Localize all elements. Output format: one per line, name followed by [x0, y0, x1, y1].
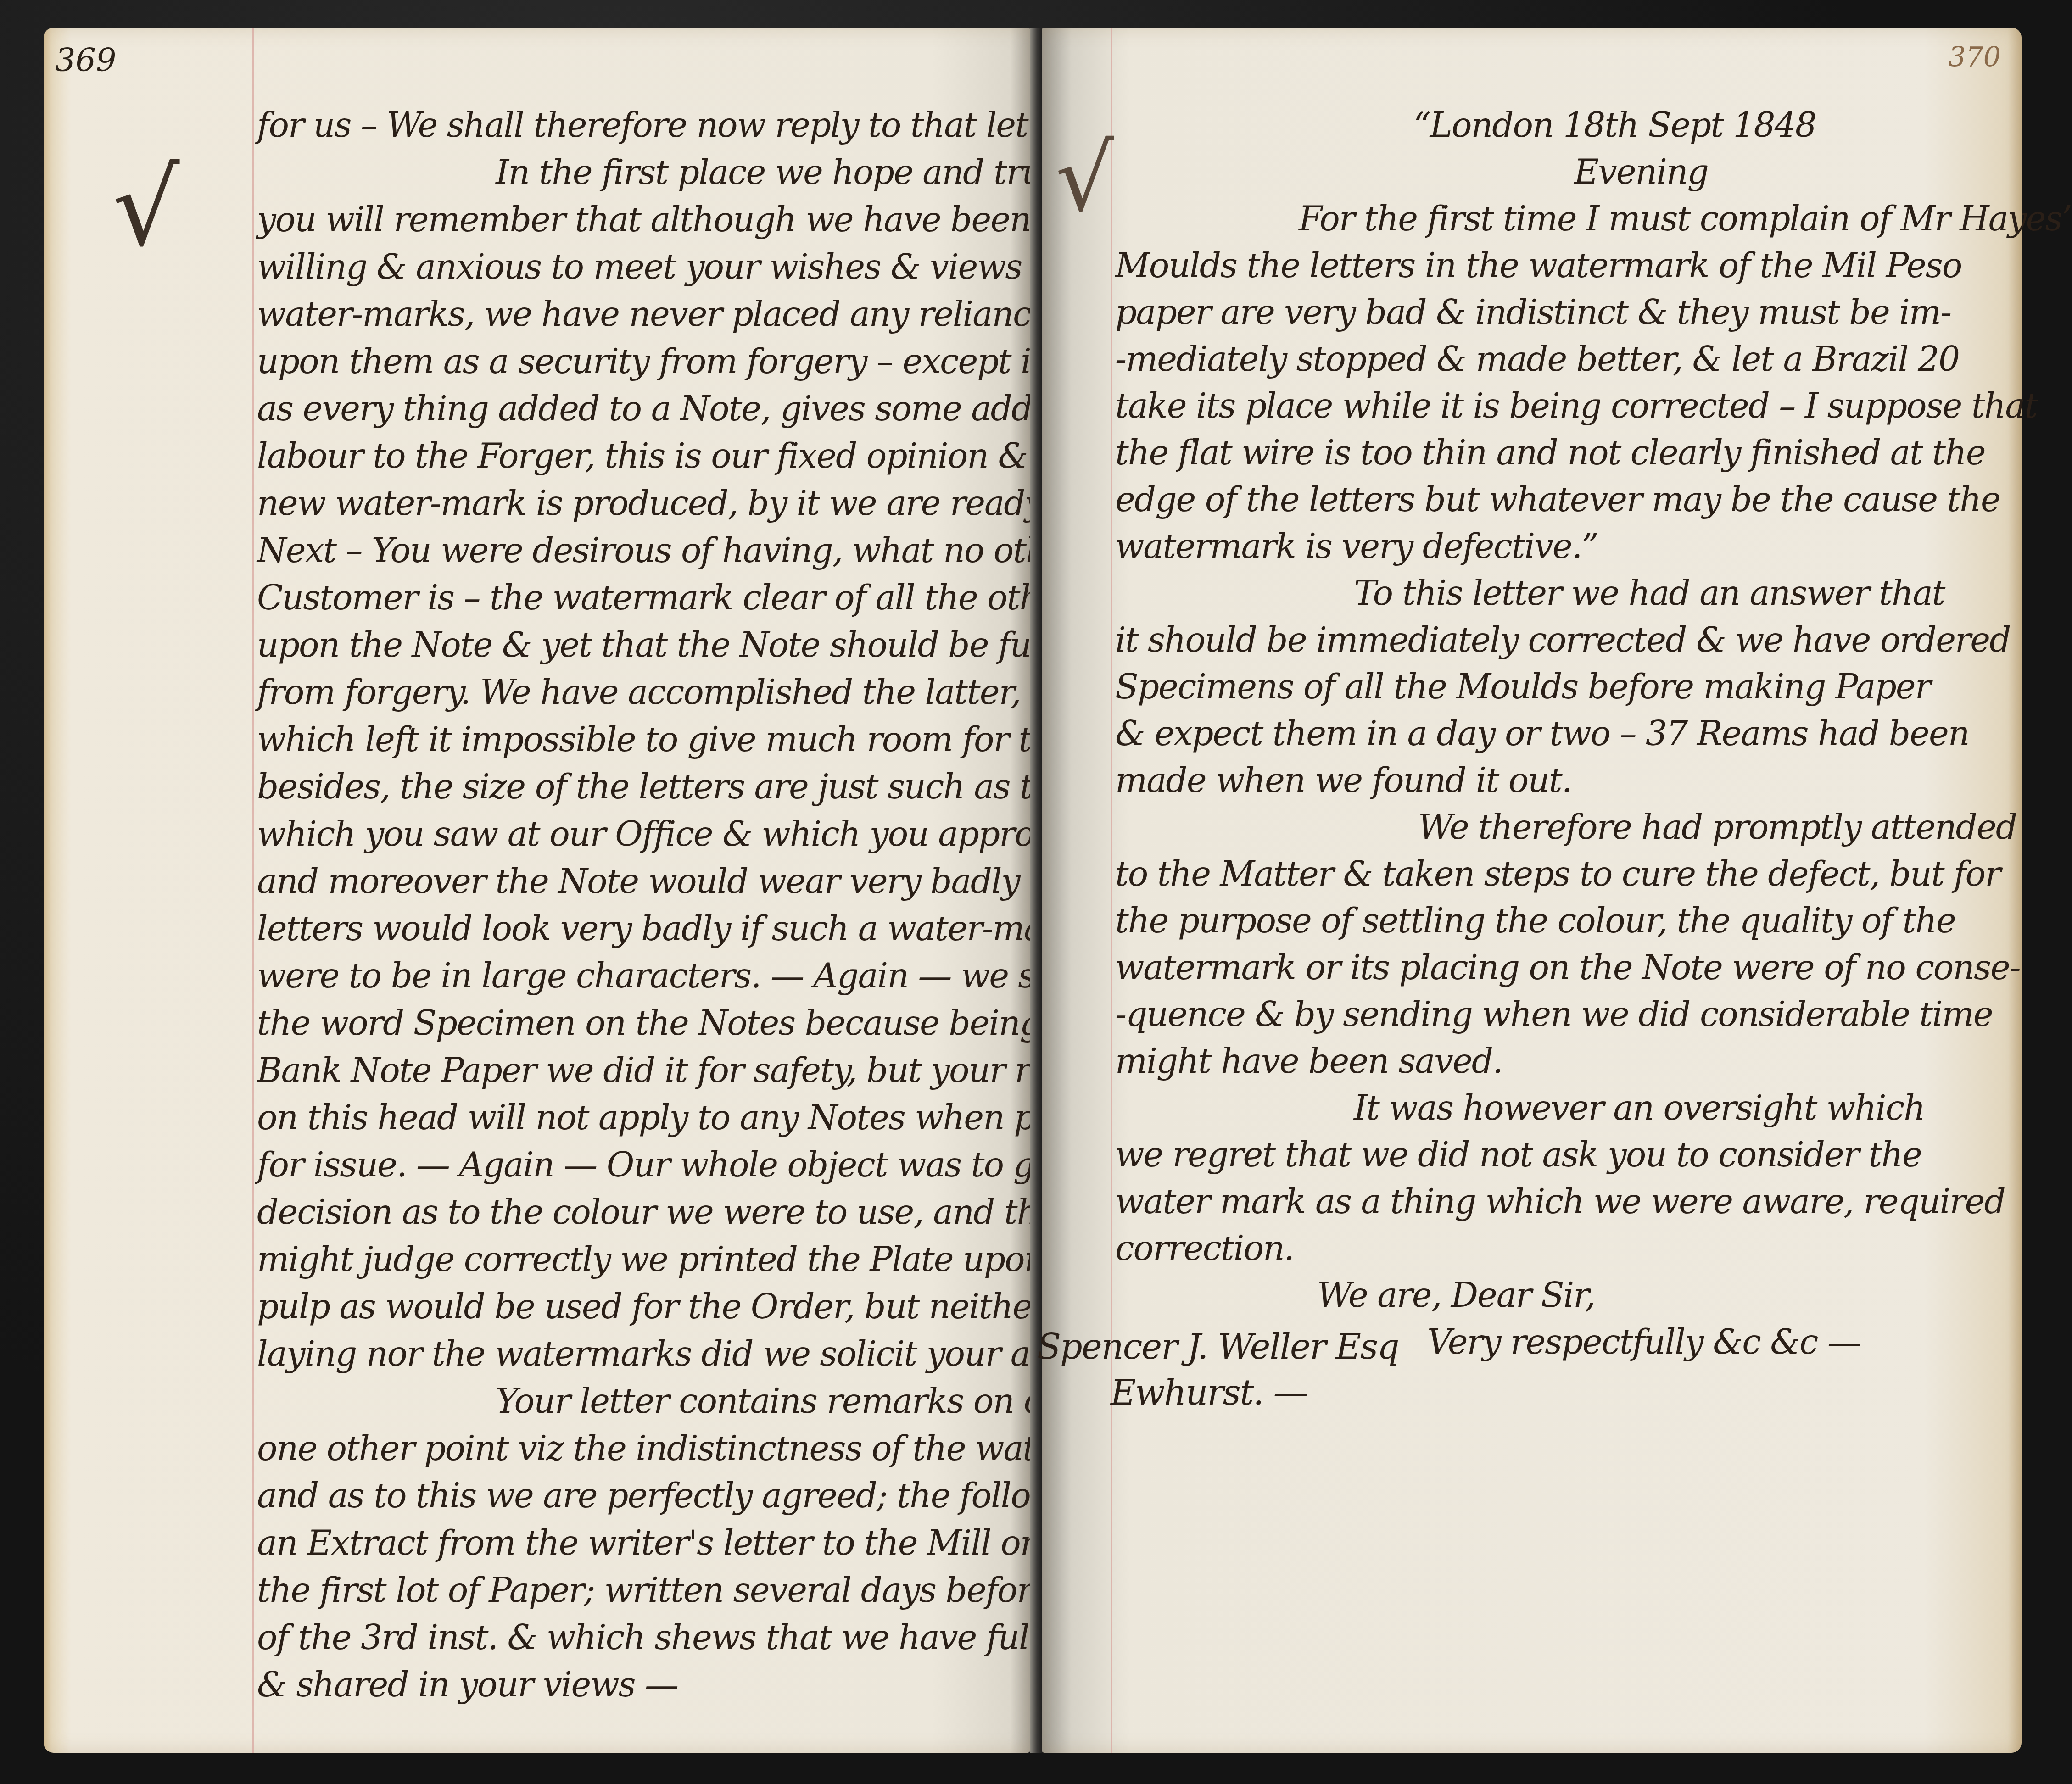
text-line: & shared in your views — — [257, 1665, 678, 1705]
text-line: Very respectfully &c &c — — [1427, 1322, 1860, 1362]
check-mark-icon: √ — [112, 156, 180, 262]
text-line: to the Matter & taken steps to cure the … — [1115, 854, 2000, 894]
text-line: upon them as a security from forgery – e… — [257, 342, 1154, 381]
text-line: on this head will not apply to any Notes… — [257, 1098, 1134, 1137]
text-line: We are, Dear Sir, — [1317, 1276, 1595, 1315]
text-line: water-marks, we have never placed any re… — [257, 295, 1050, 334]
check-mark-icon: √ — [1056, 133, 1114, 225]
text-line: To this letter we had an answer that — [1354, 574, 1945, 613]
text-line: paper are very bad & indistinct & they m… — [1115, 293, 1951, 332]
left-page: 369 √ for us – We shall therefore now re… — [44, 28, 1030, 1753]
text-line: For the first time I must complain of Mr… — [1299, 199, 2072, 239]
margin-rule — [252, 28, 254, 1753]
text-line: Bank Note Paper we did it for safety, bu… — [257, 1051, 1151, 1090]
open-ledger-book: 369 √ for us – We shall therefore now re… — [44, 28, 2022, 1762]
text-line: the flat wire is too thin and not clearl… — [1115, 433, 1985, 473]
text-line: It was however an oversight which — [1354, 1088, 1925, 1128]
text-line: Evening — [1574, 152, 1708, 192]
page-number: 370 — [1948, 41, 2001, 73]
text-line: one other point viz the indistinctness o… — [257, 1429, 1166, 1468]
text-line: take its place while it is being correct… — [1115, 386, 2037, 426]
text-line: from forgery. We have accomplished the l… — [257, 673, 1091, 712]
margin-rule — [1111, 28, 1112, 1753]
text-line: edge of the letters but whatever may be … — [1115, 480, 2000, 519]
text-line: for issue. — Again — Our whole object wa… — [257, 1145, 1150, 1185]
text-line: made when we found it out. — [1115, 761, 1571, 800]
text-line: Moulds the letters in the watermark of t… — [1115, 246, 1961, 285]
text-line: In the first place we hope and trust — [496, 153, 1072, 192]
text-line: We therefore had promptly attended — [1418, 808, 2016, 847]
text-line: -quence & by sending when we did conside… — [1115, 995, 1993, 1034]
text-line: the purpose of settling the colour, the … — [1115, 901, 1955, 941]
text-line: which you saw at our Office & which you … — [257, 814, 1102, 854]
text-line: and moreover the Note would wear very ba… — [257, 862, 1122, 901]
text-line: watermark or its placing on the Note wer… — [1115, 948, 2020, 987]
text-line: as every thing added to a Note, gives so… — [257, 389, 1134, 429]
recipient-name: Spencer J. Weller Esq — [1037, 1326, 1399, 1367]
text-line: & expect them in a day or two – 37 Reams… — [1115, 714, 1969, 753]
text-line: Specimens of all the Moulds before makin… — [1115, 667, 1930, 707]
recipient-location: Ewhurst. — — [1111, 1372, 1307, 1413]
text-line: we regret that we did not ask you to con… — [1115, 1135, 1921, 1175]
text-line: letters would look very badly if such a … — [257, 909, 1078, 948]
text-line: Your letter contains remarks on only — [496, 1382, 1092, 1421]
right-page: 370 √ “London 18th Sept 1848EveningFor t… — [1042, 28, 2022, 1753]
page-number: 369 — [55, 41, 117, 79]
text-line: willing & anxious to meet your wishes & … — [257, 247, 1110, 287]
text-line: decision as to the colour we were to use… — [257, 1193, 1139, 1232]
text-line: watermark is very defective.” — [1115, 527, 1598, 566]
text-line: were to be in large characters. — Again … — [257, 956, 1159, 996]
text-line: “London 18th Sept 1848 — [1413, 106, 1816, 145]
text-line: Next – You were desirous of having, what… — [257, 531, 1081, 570]
text-line: might have been saved. — [1115, 1042, 1502, 1081]
text-line: you will remember that although we have … — [257, 200, 1031, 240]
text-line: correction. — [1115, 1229, 1294, 1268]
text-line: -mediately stopped & made better, & let … — [1115, 340, 1959, 379]
text-line: and as to this we are perfectly agreed; … — [257, 1476, 1146, 1516]
text-line: for us – We shall therefore now reply to… — [257, 106, 1081, 145]
text-line: water mark as a thing which we were awar… — [1115, 1182, 2005, 1221]
text-line: it should be immediately corrected & we … — [1115, 620, 2010, 660]
text-line: pulp as would be used for the Order, but… — [257, 1287, 1152, 1327]
